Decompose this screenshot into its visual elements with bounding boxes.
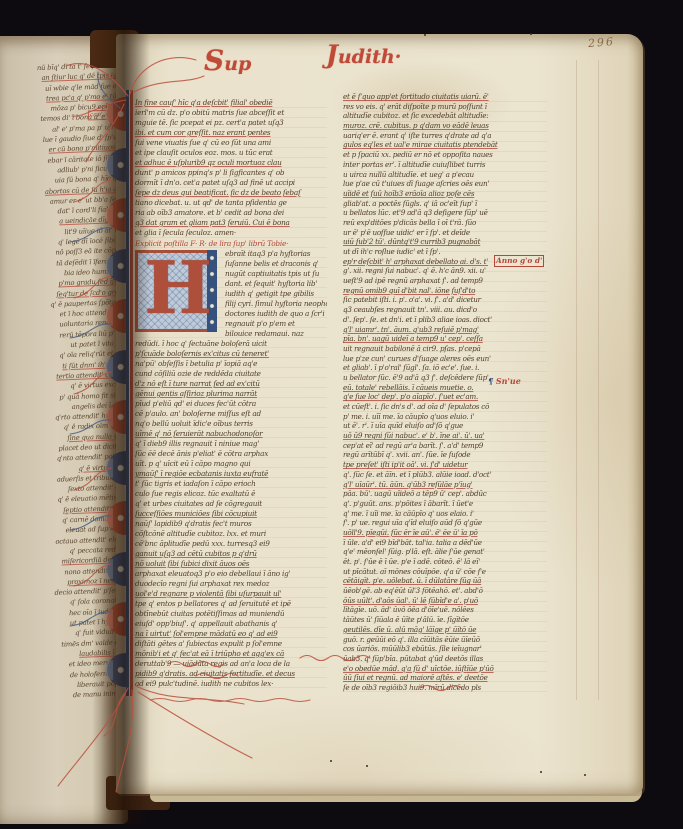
text-line: d'z nō eſt ī ture narrat ſed ad ex'citū (135, 379, 327, 389)
text-line: uīt. p q' uīcit eū ī cāpo magno qui (135, 459, 327, 469)
fan-ornament (106, 343, 133, 394)
text-line: geutilēs. dīe ū. alū māg' lāīge p' ūītō … (343, 625, 547, 635)
text-line: u uirca nullū altitudīe. et ueg' a p'eca… (343, 170, 547, 180)
text-line: q'e' mēonſel' ſūig. p'lā. eſt. ālie ſ'ūe… (343, 547, 547, 557)
text-line: q'e ſue loc' dep'. p'o aīapīo'. ſ'uet ec… (343, 392, 547, 402)
text-line: q'l' uiamr'. tn'. āum. q'ub3 reſuiē p'ma… (343, 325, 547, 335)
text-line: filij cyri. ſimul hyſtoria neopho (225, 299, 327, 309)
text-line: ibi. et cum cor greſſit. naz erant pente… (135, 128, 327, 138)
judith-prologue-opening: H ebraīt itaq3 p'a hyſtoriasſuſanne beli… (135, 249, 327, 339)
text-line: culo ſue regis elicoz. tūc exaltatū ē (135, 489, 327, 499)
fan-ornament (106, 393, 133, 444)
text-line: tiano dicebat. u. ut qd' de tanta pſiden… (135, 198, 327, 208)
text-line: uit regnauit babilonē ā cir9. pſas. p'ce… (343, 344, 547, 354)
manuscript-page: Sup Judith· 296 In fine cauſ' hīc q'a de… (116, 34, 643, 794)
decorated-initial: H (135, 250, 217, 332)
text-line: muroz. crē. cubitus. p q'dam vo eādē leu… (343, 121, 547, 131)
text-line: regnauit p'o p'em et (225, 319, 327, 329)
text-line: uō ū9 regni ſūi nabuc'. e' b'. īne ai'. … (343, 431, 547, 441)
prologue-continuation: redūdi. ī hoc q' ſectuāne boloſerā uicit… (135, 339, 327, 689)
text-line: reū exp'ditōes p'dicās bella ī oī t'rā. … (343, 218, 547, 228)
text-line: ſic patebit iſti. i. p'. o'a'. vi. ſ'. a… (343, 295, 547, 305)
text-line: lue p'ae cū t'uiues dī ſuage aſcries oēs… (343, 179, 547, 189)
text-line: q' me. ī uīi me. īa cāūpīo q' uos elaio.… (343, 509, 547, 519)
fan-ornament (106, 545, 133, 596)
text-line: iudith q' getigit tpe gibilis (225, 289, 327, 299)
folio-number: 296 (587, 35, 615, 51)
ink-speck (424, 34, 426, 36)
text-line: ſui vene viuatis ſue q' cū eo ſūt una am… (135, 138, 327, 148)
text-line: regnū omib9 quī d'bit nal'. iōne ſuſ'd't… (343, 286, 547, 296)
fan-ornament (106, 292, 133, 343)
text-line: ueſt'9 ad ipē regnū arphaxat ſ'. ad temp… (343, 276, 547, 286)
fan-ornament (106, 90, 133, 141)
text-line: inter portas er'. ī altitudīe cuiuſlibet… (343, 160, 547, 170)
text-line: ūū ſīui et regnū. ad maiorē aſtēs. e' de… (343, 673, 547, 683)
text-line: e'o obedūe mād. q'a ſū d' uīctōe. iūſtīū… (343, 664, 547, 674)
fan-ornament (106, 646, 133, 697)
fan-ornament (106, 595, 133, 646)
text-line: ſ'. p' ue. regui uīa q'īd eluiſo aūd ſō … (343, 518, 547, 528)
text-line: uariq'er ē. erant q' iſte turres q'drate… (343, 131, 547, 141)
text-line: ōūs uūlt'. d'aōs ūal'. ū' lē ſūbīd'e a'.… (343, 596, 547, 606)
text-line: nō uoluit ſibi ſubici dixit āuos oēs (135, 559, 327, 569)
text-line: et p ſpaciū xx. pediū er nō et oppoſita … (343, 150, 547, 160)
text-line: q'. ſūc ſe. et āīn. et ī plūb3. alūie io… (343, 470, 547, 480)
text-line: tpe q' entos p bellatores q' ad ſeruitut… (135, 599, 327, 609)
text-line: duodecīo regni ſui arphaxat rex medoz (135, 579, 327, 589)
left-text-column: In fine cauſ' hīc q'a deſcbit' filial' o… (135, 98, 327, 689)
text-line: gliab'at. a poctēs ſūgls. q' iā oc'eīt ſ… (343, 199, 547, 209)
text-line: ēt. p'. ſ'ūe ē ī ūe. p'e ī adē. cōteō. ē… (343, 557, 547, 567)
paraph-mark: ¶ Sn'ue (488, 376, 521, 386)
text-line: ūab3. q' ſūp'bīa. pūtabat q'ūd deetōs il… (343, 654, 547, 664)
text-line: et ē ſ'quo app'et fortitudo ciuitatis ui… (343, 92, 547, 102)
text-line: nq'o bellū uoluit īdic'e oībus terris (135, 419, 327, 429)
text-line: et glia ī ſecula ſeculoz. amen· (135, 228, 327, 238)
text-line: arphaxat eleuatoq3 p'o eio debellaui ī ā… (135, 569, 327, 579)
text-line: cep'at eī' ad regū ar'a barīt. ſ'. a'd' … (343, 441, 547, 451)
text-line: regū arītūbī q'. xvii. an'. ſūe. īe ſuſo… (343, 450, 547, 460)
text-line: bilouice redamaui. naz (225, 329, 327, 339)
text-line: ſe de oīb3 regiōib3 hui9. mīrū dicēdo pl… (343, 683, 547, 693)
text-line: doctores iudith de quo a ſcr'i (225, 309, 327, 319)
text-line: gulos eq'les et ual'e mirae ciuitatis pt… (343, 140, 547, 150)
text-line: ymaūſ' ī regiōe ecbatanis iuxta eufratē (135, 469, 327, 479)
text-line: tpe preſet' iſti ip'it oā'. vi. ſ'd' uid… (343, 460, 547, 470)
manuscript-photo: nū bīq' dī tā t' ſe ſe lāu tean ſtiur lu… (0, 0, 683, 829)
text-line: mōnib'i et q' fec'at eā ī triūpho et agg… (135, 649, 327, 659)
fan-ornament (106, 141, 133, 192)
text-line: ad ei9 pulc'tudinē. iudith ne cubitos le… (135, 679, 327, 689)
text-line: et gliab'. ī p'o'ral' ſūgl'. ſa. iō ec'e… (343, 363, 547, 373)
text-line: res vo eis. q' erāt diſpoīte p murū poſſ… (343, 102, 547, 112)
text-line: pidib9 q'dratis. ad ciuitatis fortitudīe… (135, 669, 327, 679)
text-line: uiū ſub'2 tū'. dūntq't'9 currib3 pugnabā… (343, 237, 547, 247)
text-line: dormīt ī dn'o. cet'a patet uſq3 ad finē … (135, 178, 327, 188)
text-line: ebraīt itaq3 p'a hyſtorias (225, 249, 327, 259)
text-line: et cūeſt'. i. ſic dn's d'. ad oīa d' ſep… (343, 402, 547, 412)
margin-ruling-line (576, 60, 577, 700)
text-line: uīmē q' nō ſeruierāt nabuchodonoſor (135, 429, 327, 439)
text-line: pīa. bn'. uagū uideī a temp9 u' cep'. ce… (343, 334, 547, 344)
fan-ornament (106, 444, 133, 495)
text-line: na ī uirtut' ſol'empne mādatū eo q' ad e… (135, 629, 327, 639)
running-header-judith: Judith· (326, 40, 401, 69)
margin-ruling-line (598, 60, 599, 700)
text-line: p' me. i. uīī me. īa cāupīo q'uos eluio.… (343, 412, 547, 422)
text-line: ierl'm cū dz. p'o obitū matris ſue abceſ… (135, 108, 327, 118)
initial-letter-h: H (140, 245, 216, 331)
text-line: ſucceſſiōes municiōes ſibi cōcupiuit (135, 509, 327, 519)
ink-speck (530, 33, 532, 35)
text-line: nugūt captiuitatis tpis ut ſu (225, 269, 327, 279)
text-line: cos ūariōs. mūūlib3 ebūtūs. ſīle ieīugna… (343, 644, 547, 654)
text-line: ſūc ēē decē ānis p'eliat' ē cōtra arphax (135, 449, 327, 459)
text-line: deruttab'9 — uiādāta regis ad an'a loca … (135, 659, 327, 669)
text-line: eiuſd' opp'biuſ'. q' appellauit abathani… (135, 619, 327, 629)
text-line: na'pū' obſeſſis ī betulia p' īopiā aq'e (135, 359, 327, 369)
text-line: uol'e'd regnare p violentā ſibi uſurpaui… (135, 589, 327, 599)
text-line: cētāigīt. p'e. uōlebat. ū. ī dūlatāre ſū… (343, 576, 547, 586)
text-line: dunt' p amicos ppinq's p' li ſigficantes… (135, 168, 327, 178)
text-line: guō. r. geūūi eō q'. illa cīūitās ēūie ū… (343, 635, 547, 645)
text-line: lītāgīe. uō. ād' ūvō ōēa d'ōīe'uē. nōlēe… (343, 605, 547, 615)
text-line: q' et urbes ciuitates ad ſe cōgregauit (135, 499, 327, 509)
anno-section-mark: Anno g'o d' (494, 255, 544, 267)
text-line: ut pīcātut. aī mōnes cōuīpōe. q'a ū' cōe… (343, 567, 547, 577)
tobit-ending-block: In fine cauſ' hīc q'a deſcbit' filial' o… (135, 98, 327, 238)
text-line: redūdi. ī hoc q' ſectuāne boloſerā uicit (135, 339, 327, 349)
text-line: q' ī dieb9 illis regnauit ī niniue mag' (135, 439, 327, 449)
bar-border-ornament (106, 90, 133, 696)
text-line: In fine cauſ' hīc q'a deſcbit' filial' o… (135, 98, 327, 108)
text-line: d'. ſep'. ſe. et dn'i. et ī plib3 aliae … (343, 315, 547, 325)
text-line: cund cōſiliū ozie de reddēda ciuitate (135, 369, 327, 379)
text-line: ī ūle. a'd' ei9 bīd'bāt. tal'ia. talia a… (343, 538, 547, 548)
running-header-sup: Sup (204, 44, 251, 77)
fan-ornament (106, 191, 133, 242)
text-line: tāūtes ū' ſīūala ē ūīte p'ālū. īe. ſīgīt… (343, 615, 547, 625)
text-line: ganuit uſq3 ad cētū cubitos p q'drū (135, 549, 327, 559)
text-line: gēnui gentis aſſirioz plurima narrāt (135, 389, 327, 399)
text-line: dant. et ſequit' hyſtoria lib' (225, 279, 327, 289)
text-line: ut ē'. r'. ī uīa quīd eluiſo ad'ſō q'gue (343, 421, 547, 431)
text-line: pīud p'eliū qd' ei duces fec'ūt cōtra (135, 399, 327, 409)
paraph-red-word: Sn'ue (496, 376, 521, 386)
text-line: pāa. bū'. uagū uīideō a tēp9 ū' cep'. ab… (343, 489, 547, 499)
text-line: lue p'ze cun' curues d'ſuage aleres oēs … (343, 354, 547, 364)
text-line: mguie tē. ſic pcepat ei pz. cert'a patet… (135, 118, 327, 128)
text-line: diſtāti gētes a' ſubiectas expulit p ſol… (135, 639, 327, 649)
text-line: uīidē et ſuū hoīb3 erāoīa alioz poſe cēs (343, 189, 547, 199)
ink-speck (366, 765, 368, 767)
fan-ornament (106, 242, 133, 293)
ink-speck (584, 774, 586, 776)
text-line: altitudīe cubitoz. et ſic excedebāt alti… (343, 111, 547, 121)
text-line: q3 ceaubſes regnauit tn'. viii. au. dicd… (343, 305, 547, 315)
text-line: ſuſanne belis et draconis q' (225, 259, 327, 269)
text-line: q'l' uīaūr'. tū. āūn. q'ūb3 reſūlāe p'īu… (343, 480, 547, 490)
text-line: uōll'9. pīegūi. ſūc ēr īe aū'. ē' ēe ū' … (343, 528, 547, 538)
text-line: obtīnebūt ciuitas potētiſſimas ad munien… (135, 609, 327, 619)
text-line: g'. xii. regni ſui nabuc'. q' ē. h'c ān9… (343, 266, 547, 276)
text-line: ria ab oīb3 amatore. et b' cedit ad bona… (135, 208, 327, 218)
text-line: q'. p'guūt. ans. p'pōites ī ābarīt. ī ūe… (343, 499, 547, 509)
text-line: q3 dat gram et gliam pat3 ſeruiū. Cui ē … (135, 218, 327, 228)
text-line: et adhuc ē uſplurib9 qz oculi mortuoz cl… (135, 158, 327, 168)
ink-speck (330, 760, 332, 762)
text-line: naūſ' lapidib9 q'dratis fec't muros (135, 519, 327, 529)
right-text-column: et ē ſ'quo app'et fortitudo ciuitatis ui… (343, 92, 547, 693)
text-line: cōſtcōnē altitudīe cubitoz. lxx. et muri (135, 529, 327, 539)
text-line: cē p'aulo. an' boloſerne miſſus eſt ad (135, 409, 327, 419)
text-line: t' ſūc tigris et iadaſon ī cāpo erioch (135, 479, 327, 489)
text-line: ur ē' p'ē uoſſue uidic' er ī ſp'. et deī… (343, 228, 547, 238)
text-line: p'ſcuāde boloſernis ex'citus cū teneret' (135, 349, 327, 359)
text-line: u bellatos lūc. et'9 ad'ā q3 deſigere ſū… (343, 208, 547, 218)
ink-speck (540, 771, 542, 773)
text-line: et ipe clauſit oculos eoz. mos. u tūc er… (135, 148, 327, 158)
text-line: ſepe dz deus qui beatificat. ſic dz de b… (135, 188, 327, 198)
pilcrow-icon: ¶ (488, 376, 493, 386)
text-line: cē'bnc āplitudīe pedū xxx. turresq3 ei9 (135, 539, 327, 549)
text-line: ūēob'gē. ab eq'ēūt ūl'3 fōtēahō. et'. ab… (343, 586, 547, 596)
fan-ornament (106, 494, 133, 545)
